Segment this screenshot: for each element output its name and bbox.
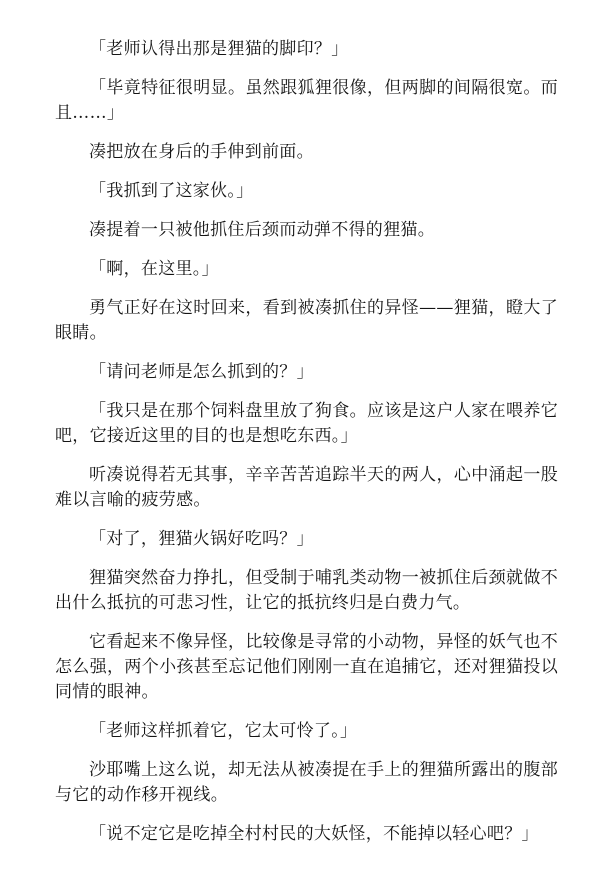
- paragraph-dialogue-6: 「我只是在那个饲料盘里放了狗食。应该是这户人家在喂养它吧，它接近这里的目的也是想…: [55, 399, 558, 449]
- paragraph-narration-7: 沙耶嘴上这么说，却无法从被凑提在手上的狸猫所露出的腹部与它的动作移开视线。: [55, 758, 558, 808]
- paragraph-narration-2: 凑提着一只被他抓住后颈而动弹不得的狸猫。: [55, 218, 558, 243]
- paragraph-dialogue-5: 「请问老师是怎么抓到的？」: [55, 360, 558, 385]
- paragraph-dialogue-4: 「啊，在这里。」: [55, 257, 558, 282]
- paragraph-dialogue-2: 「毕竟特征很明显。虽然跟狐狸很像，但两脚的间隔很宽。而且……」: [55, 76, 558, 126]
- paragraph-dialogue-1: 「老师认得出那是狸猫的脚印？」: [55, 37, 558, 62]
- paragraph-narration-5: 狸猫突然奋力挣扎，但受制于哺乳类动物一被抓住后颈就做不出什么抵抗的可悲习性，让它…: [55, 566, 558, 616]
- paragraph-dialogue-3: 「我抓到了这家伙。」: [55, 179, 558, 204]
- paragraph-dialogue-9: 「说不定它是吃掉全村村民的大妖怪，不能掉以轻心吧？」: [55, 822, 558, 847]
- paragraph-narration-1: 凑把放在身后的手伸到前面。: [55, 140, 558, 165]
- paragraph-dialogue-7: 「对了，狸猫火锅好吃吗？」: [55, 527, 558, 552]
- paragraph-narration-3: 勇气正好在这时回来，看到被凑抓住的异怪——狸猫，瞪大了眼睛。: [55, 296, 558, 346]
- paragraph-dialogue-8: 「老师这样抓着它，它太可怜了。」: [55, 719, 558, 744]
- document-page: 「老师认得出那是狸猫的脚印？」 「毕竟特征很明显。虽然跟狐狸很像，但两脚的间隔很…: [0, 0, 613, 869]
- paragraph-narration-6: 它看起来不像异怪，比较像是寻常的小动物，异怪的妖气也不怎么强，两个小孩甚至忘记他…: [55, 630, 558, 705]
- paragraph-narration-4: 听凑说得若无其事，辛辛苦苦追踪半天的两人，心中涌起一股难以言喻的疲劳感。: [55, 463, 558, 513]
